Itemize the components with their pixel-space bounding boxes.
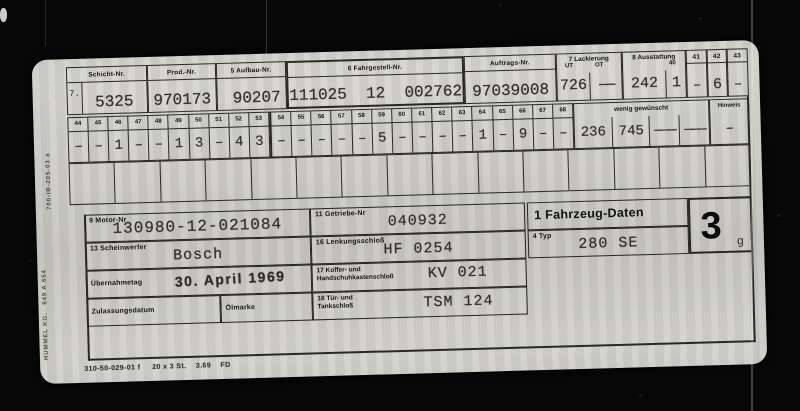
ausstattung-sub-label: 40: [669, 60, 676, 66]
field-label: Zulassungsdatum: [92, 307, 155, 316]
field-label: 6 Fahrgestell-Nr.: [288, 58, 462, 78]
scan-scratch-line: [45, 0, 46, 46]
scanned-photo-background: 700-IB-205-03 a HUMMEL KG. 849 A 654 Sch…: [0, 0, 800, 411]
empty-cell: [614, 148, 661, 189]
field-label: wenig gewünscht: [574, 102, 708, 115]
typ-value: 280 SE: [529, 233, 688, 254]
field-fahrgestell-nr: 6 Fahrgestell-Nr. 111025 12 002762: [286, 56, 465, 109]
field-prod-nr: Prod.-Nr. 970173: [147, 63, 217, 113]
card-code-box: 3 g: [688, 196, 754, 254]
code-col: 48–: [149, 115, 170, 160]
code-col: 524: [229, 113, 250, 158]
schicht-value: 5325: [82, 92, 147, 112]
field-label: Hinweis: [710, 101, 748, 111]
code-col: 62–: [432, 107, 453, 152]
code-col: 55–: [291, 111, 312, 156]
code-col: 57–: [332, 110, 353, 155]
field-label-line2: Tankschloß: [318, 302, 354, 311]
code-col: 56–: [311, 111, 332, 156]
field-label: Auftrags-Nr.: [465, 55, 555, 73]
empty-cell: [705, 145, 751, 186]
wenig-value: 236: [574, 117, 612, 148]
scan-scratch-line: [266, 0, 267, 58]
side-print-manufacturer: HUMMEL KG. 849 A 654: [40, 240, 52, 360]
code-col: 61–: [412, 108, 433, 153]
field-auftrags-nr: Auftrags-Nr. 97039008: [464, 54, 557, 105]
scan-speckles: [0, 0, 1, 1]
code-col: 461: [108, 117, 129, 162]
field-lackierung: 7 Lackierung UT OT 726 ——: [556, 52, 623, 102]
field-typ: 4 Typ 280 SE: [528, 226, 690, 258]
empty-cell: [569, 149, 616, 190]
field-col42: 42 6: [707, 49, 728, 98]
card-code-value: 3: [700, 201, 723, 252]
empty-cell: [660, 146, 707, 187]
card-code-sub: g: [737, 234, 745, 248]
empty-cell: [433, 153, 480, 194]
aufbau-value: 90207: [218, 88, 286, 108]
code-col: 669: [513, 105, 534, 150]
field-fahrzeug-daten: 1 Fahrzeug-Daten: [527, 198, 689, 230]
scan-blemish: [0, 8, 7, 22]
col43-value: –: [728, 75, 747, 94]
empty-cell: [523, 150, 570, 191]
ut-label: UT: [565, 63, 573, 69]
empty-cell: [478, 152, 525, 193]
empty-cell: [342, 155, 389, 196]
code-col: 44–: [68, 118, 89, 163]
wenig-value: 745: [611, 116, 650, 147]
outer-border-bottom: [88, 340, 756, 361]
koffer-value: KV 021: [403, 263, 513, 283]
code-col: 47–: [129, 116, 150, 161]
col42-value: 6: [708, 76, 726, 94]
ot-label: OT: [595, 62, 604, 68]
code-col: 58–: [352, 110, 373, 155]
empty-cell: [206, 159, 253, 200]
vehicle-data-card: 700-IB-205-03 a HUMMEL KG. 849 A 654 Sch…: [32, 40, 768, 384]
code-col: 533: [249, 113, 269, 158]
field-label: 42: [708, 50, 726, 63]
empty-cell: [251, 158, 298, 199]
code-col: 68–: [553, 104, 573, 149]
fahrgestell-value: 111025 12 002762: [288, 82, 462, 105]
field-label: 43: [728, 49, 747, 63]
field-schicht-nr: Schicht-Nr. 7. 5325: [66, 65, 148, 115]
field-label: Prod.-Nr.: [148, 64, 215, 81]
field-label: 41: [687, 50, 706, 64]
field-col41: 41 –: [686, 49, 708, 98]
code-col: 641: [473, 106, 494, 151]
field-oelmarke: Ölmarke: [220, 292, 313, 323]
wenig-value: ———: [648, 115, 680, 146]
code-col: 63–: [452, 107, 473, 152]
field-tuerschloss: 18 Tür- und Tankschloß TSM 124: [312, 286, 528, 320]
code-col: 491: [169, 115, 190, 160]
uebernahme-date-stamp: 30. April 1969: [174, 268, 285, 290]
code-col: 60–: [392, 109, 413, 154]
empty-cell: [160, 160, 207, 201]
field-zulassungsdatum: Zulassungsdatum: [86, 295, 221, 327]
empty-cell: [296, 157, 343, 198]
lackierung-ut-value: 726: [557, 73, 590, 101]
code-col: 45–: [88, 117, 109, 162]
col41-value: –: [687, 76, 706, 95]
scan-scratch-line: [751, 0, 753, 411]
field-hinweis: Hinweis –: [709, 98, 750, 145]
code-col: 51–: [209, 114, 230, 159]
field-ausstattung: 8 Ausstattung 40 242 1: [622, 50, 687, 100]
fahrzeug-daten-title: 1 Fahrzeug-Daten: [534, 205, 644, 222]
empty-cell: [387, 154, 434, 195]
code-col: 67–: [533, 105, 554, 150]
ausstattung-value-a: 242: [623, 71, 666, 99]
code-col: 503: [189, 114, 210, 159]
empty-cell: [70, 163, 117, 204]
code-col: 54–: [271, 112, 292, 157]
code-col: 65–: [493, 106, 514, 151]
field-label: Übernahmetag: [91, 279, 143, 287]
field-wenig-gewuenscht: wenig gewünscht 236 745 ——— ———: [573, 99, 710, 149]
side-print-code: 700-IB-205-03 a: [42, 90, 54, 210]
field-label: Schicht-Nr.: [67, 66, 146, 83]
tuer-value: TSM 124: [403, 292, 513, 312]
hinweis-value: –: [710, 113, 749, 144]
field-label-line2: Handschuhkastenschloß: [317, 273, 394, 283]
empty-cell: [115, 162, 162, 203]
lackierung-ot-value: ——: [589, 72, 623, 100]
ausstattung-value-b: 1: [665, 70, 687, 98]
auftrag-value: 97039008: [465, 81, 555, 102]
code-columns-44-53: 44– 45– 461 47– 48– 491 503 51– 524 533: [67, 112, 270, 164]
field-label: 5 Aufbau-Nr.: [217, 62, 285, 79]
field-label: Ölmarke: [226, 304, 256, 312]
field-aufbau-nr: 5 Aufbau-Nr. 90207: [216, 61, 287, 111]
wenig-value: ———: [678, 114, 710, 145]
field-col43: 43 –: [727, 48, 749, 97]
prod-value: 970173: [149, 90, 216, 110]
code-col: 595: [372, 109, 393, 154]
schicht-prefix: 7.: [67, 83, 81, 99]
